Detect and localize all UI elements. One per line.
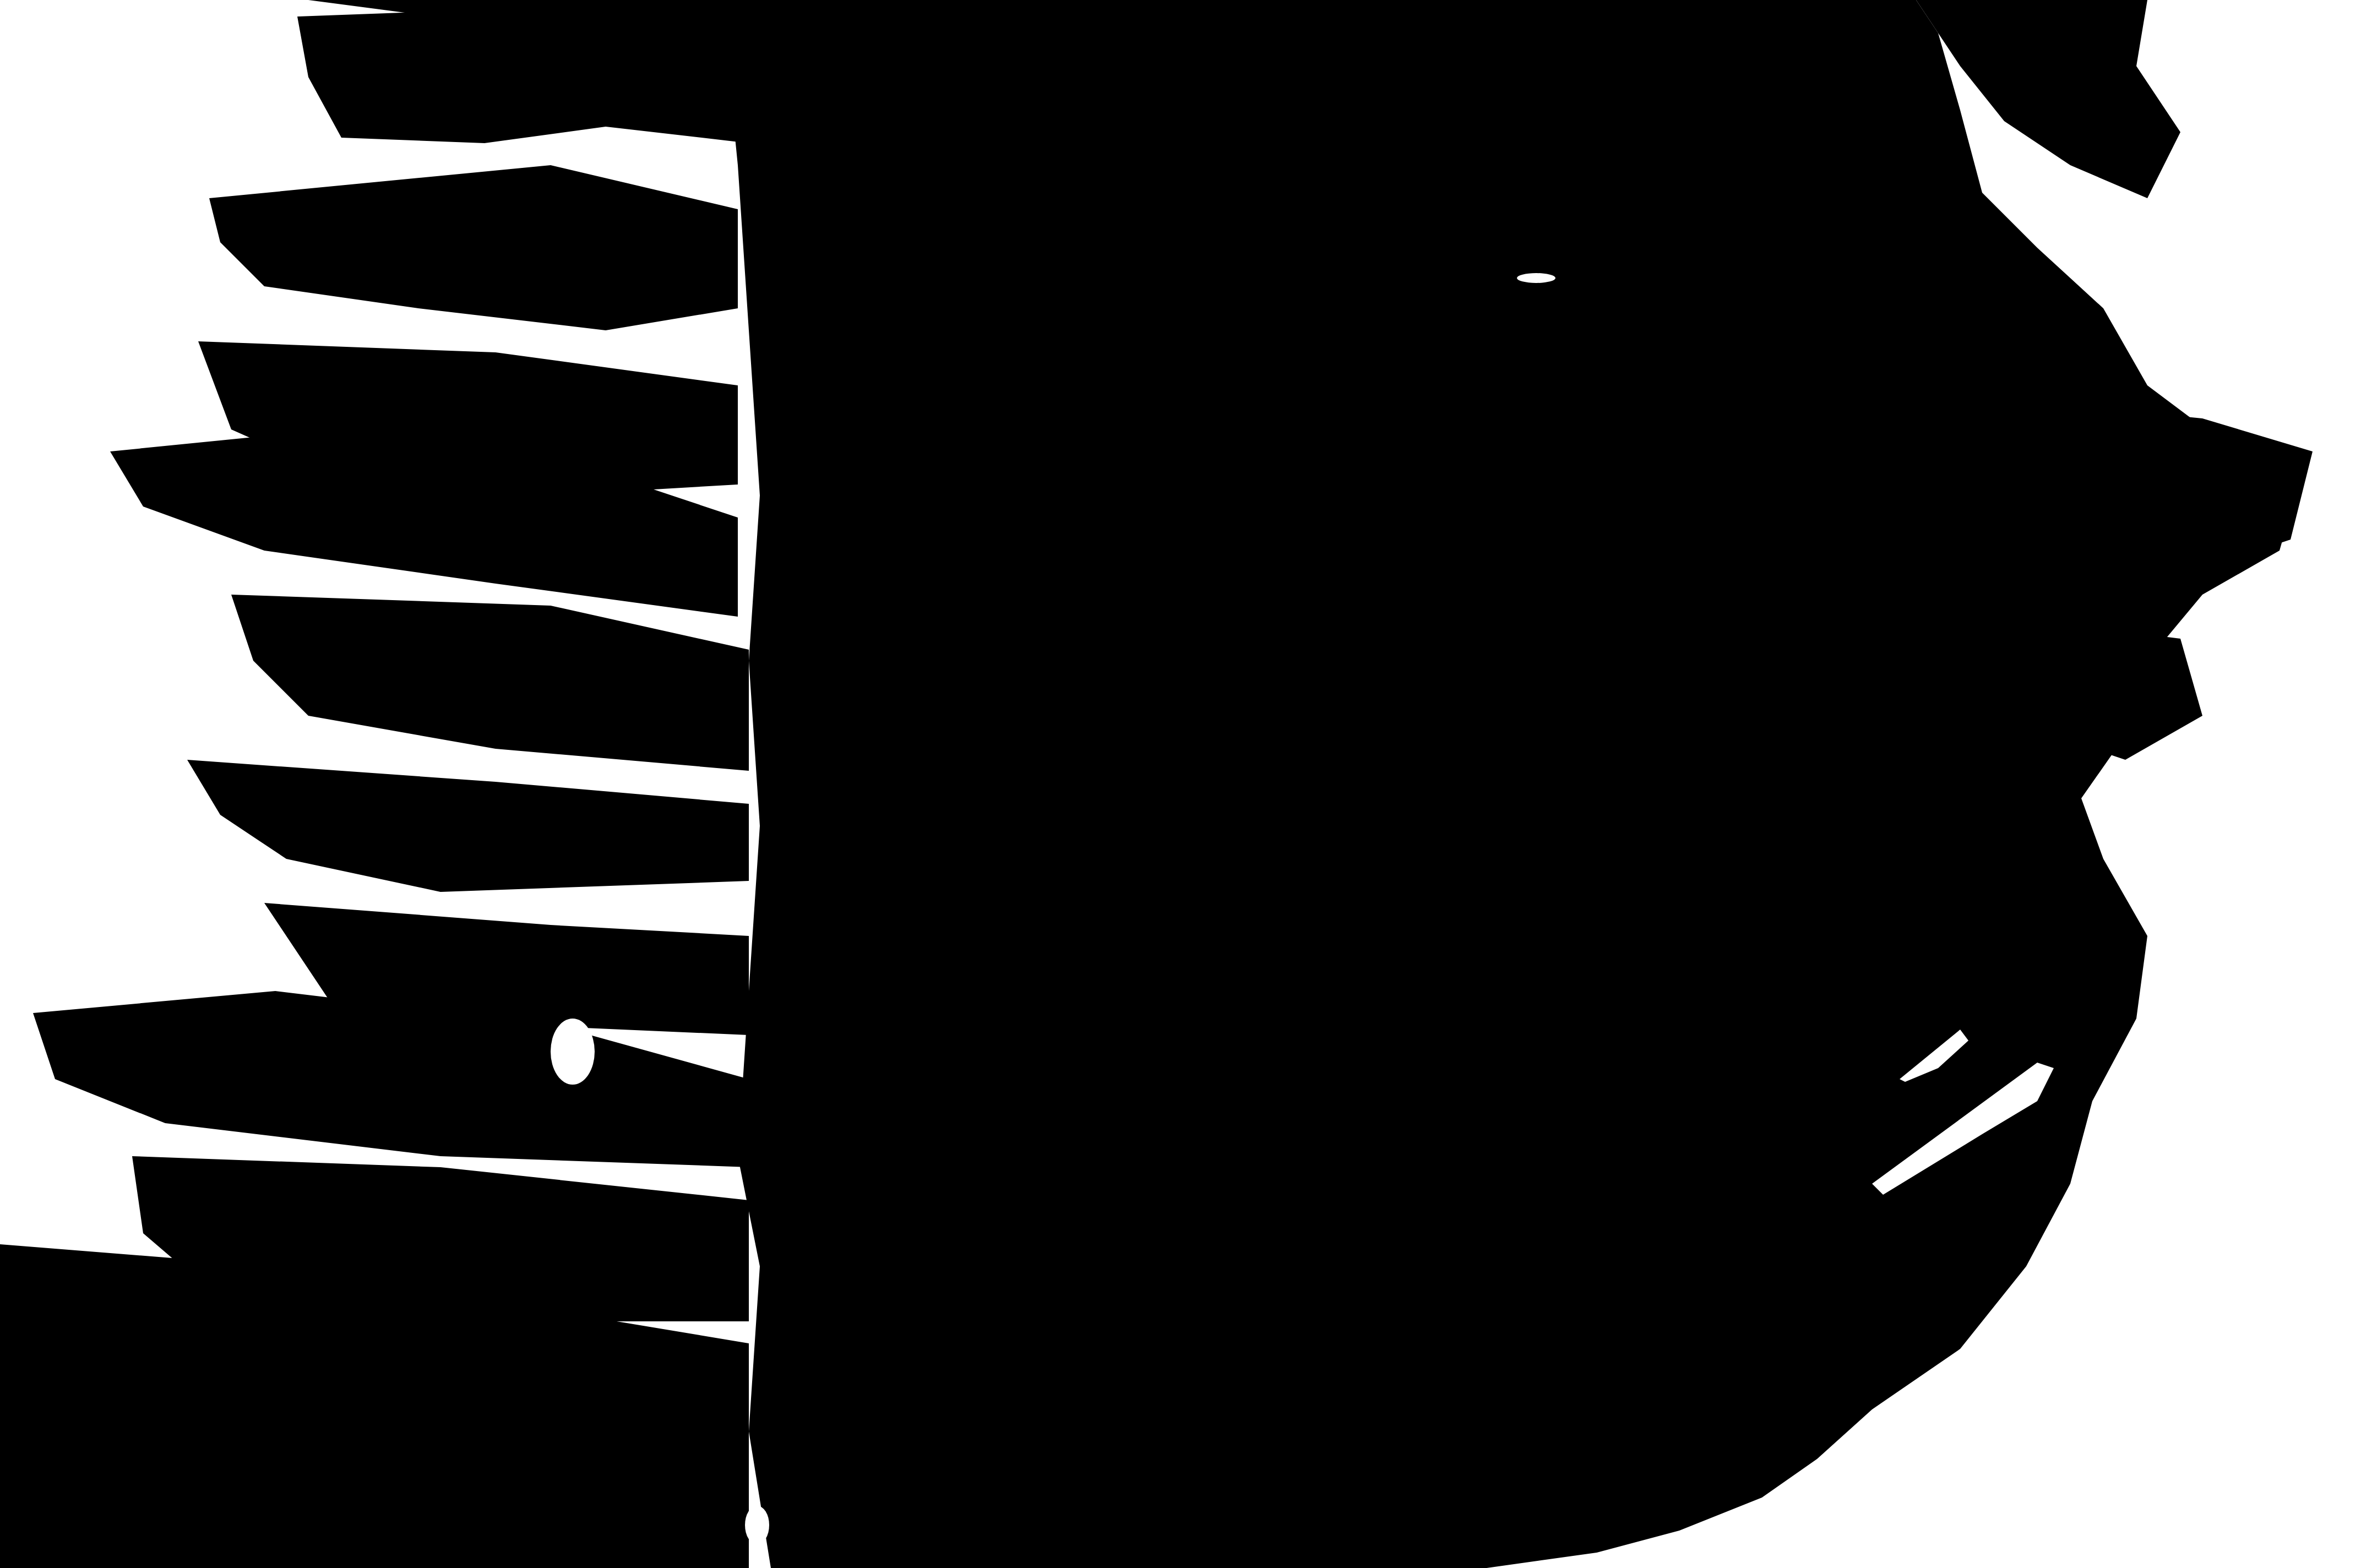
ink-layer bbox=[0, 0, 2313, 1568]
grunge-texture bbox=[0, 0, 2361, 1568]
